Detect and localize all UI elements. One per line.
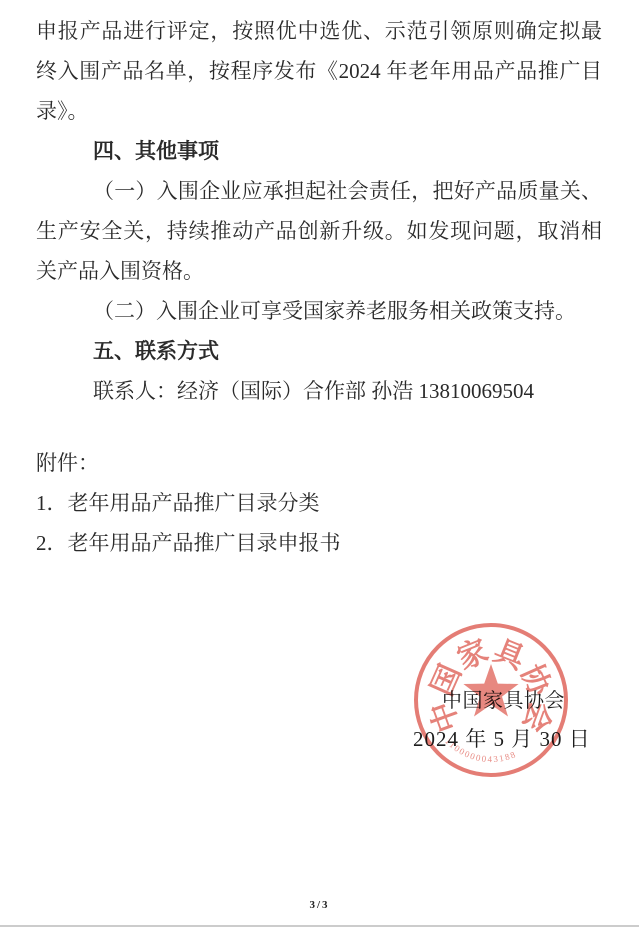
body-line: （二）入围企业可享受国家养老服务相关政策支持。 [36,291,602,331]
attachment-item-2: 2．老年用品产品推广目录申报书 [36,523,602,563]
body-line: 录》。 [36,91,602,131]
document-page: 申报产品进行评定，按照优中选优、示范引领原则确定拟最 终入围产品名单，按程序发布… [0,0,639,927]
body-line: 终入围产品名单，按程序发布《2024 年老年用品产品推广目 [36,51,602,91]
body-line: （一）入围企业应承担起社会责任，把好产品质量关、 [36,171,602,211]
body-line: 申报产品进行评定，按照优中选优、示范引领原则确定拟最 [36,11,602,51]
signature-org: 中国家具协会 [442,684,565,713]
document-body: 申报产品进行评定，按照优中选优、示范引领原则确定拟最 终入围产品名单，按程序发布… [36,11,602,563]
section-heading-other-matters: 四、其他事项 [36,131,602,171]
seal-ring-char: 家 [453,634,493,676]
contact-person-line: 联系人：经济（国际）合作部 孙浩 13810069504 [36,371,602,411]
signature-date: 2024 年 5 月 30 日 [413,723,591,753]
attachments-label: 附件： [36,443,602,483]
body-line: 关产品入围资格。 [36,251,602,291]
seal-ring-char: 具 [489,634,531,677]
section-heading-contact: 五、联系方式 [36,331,602,371]
page-number: 3/3 [0,899,639,911]
attachment-item-1: 1．老年用品产品推广目录分类 [36,483,602,523]
body-line: 生产安全关，持续推动产品创新升级。如发现问题，取消相 [36,211,602,251]
